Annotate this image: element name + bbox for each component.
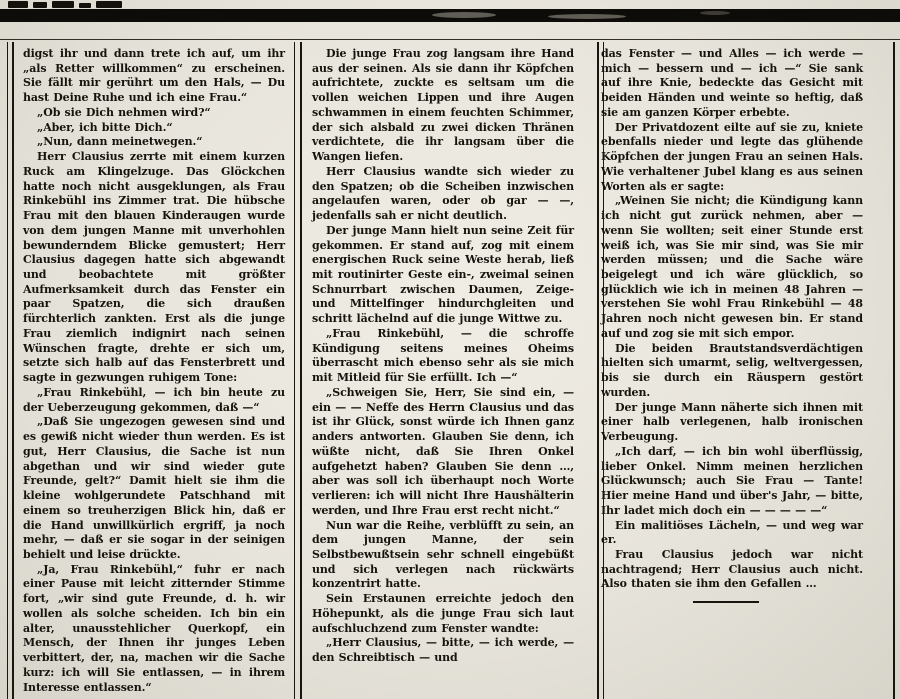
text-column-3: das Fenster — und Alles — ich werde — mi…: [596, 45, 868, 697]
frame-top-rule: [0, 39, 900, 40]
paragraph: Nun war die Reihe, verblüfft zu sein, an…: [312, 519, 574, 593]
column-gap: [579, 45, 596, 697]
paragraph: Herr Clausius wandte sich wieder zu den …: [312, 165, 574, 224]
page-right-rule: [893, 42, 895, 699]
paragraph: Der Privatdozent eilte auf sie zu, kniet…: [601, 121, 863, 195]
paragraph: digst ihr und dann trete ich auf, um ihr…: [23, 47, 285, 106]
paragraph: Der junge Mann näherte sich ihnen mit ei…: [601, 401, 863, 445]
paragraph: „Frau Rinkebühl, — die schroffe Kündigun…: [312, 327, 574, 386]
text-column-2: Die junge Frau zog langsam ihre Hand aus…: [307, 45, 579, 697]
paragraph: „Aber, ich bitte Dich.“: [23, 121, 285, 136]
paragraph: Die beiden Brautstandsverdächtigen hielt…: [601, 342, 863, 401]
ink-smudge: [700, 11, 730, 15]
section-end-rule: [693, 601, 759, 603]
page-left-rule-outer: [7, 42, 8, 699]
paragraph: „Daß Sie ungezogen gewesen sind und es g…: [23, 415, 285, 562]
clipped-glyph: [79, 3, 91, 8]
paragraph: „Nun, dann meinetwegen.“: [23, 135, 285, 150]
newspaper-page: digst ihr und dann trete ich auf, um ihr…: [0, 0, 900, 699]
ink-smudge: [432, 12, 496, 18]
paragraph: „Weinen Sie nicht; die Kündigung kann ic…: [601, 194, 863, 341]
article-body: digst ihr und dann trete ich auf, um ihr…: [18, 45, 884, 697]
clipped-glyph: [52, 1, 74, 8]
ink-smudge: [548, 14, 626, 19]
paragraph: „Ich darf, — ich bin wohl überflüssig, l…: [601, 445, 863, 519]
paragraph: „Ja, Frau Rinkebühl,“ fuhr er nach einer…: [23, 563, 285, 696]
paragraph: Herr Clausius zerrte mit einem kurzen Ru…: [23, 150, 285, 386]
paragraph: Sein Erstaunen erreichte jedoch den Höhe…: [312, 592, 574, 636]
clipped-glyph: [96, 1, 122, 8]
clipped-glyph: [33, 2, 47, 8]
masthead-rule: [0, 9, 900, 22]
paragraph: „Frau Rinkebühl, — ich bin heute zu der …: [23, 386, 285, 415]
paragraph: das Fenster — und Alles — ich werde — mi…: [601, 47, 863, 121]
paragraph: Ein malitiöses Lächeln, — und weg war er…: [601, 519, 863, 548]
paragraph: „Herr Clausius, — bitte, — ich werde, — …: [312, 636, 574, 665]
text-column-1: digst ihr und dann trete ich auf, um ihr…: [18, 45, 290, 697]
paragraph: „Schweigen Sie, Herr, Sie sind ein, — ei…: [312, 386, 574, 519]
page-left-rule-inner: [12, 42, 14, 699]
paragraph: Der junge Mann hielt nun seine Zeit für …: [312, 224, 574, 327]
paragraph: Frau Clausius jedoch war nicht nachtrage…: [601, 548, 863, 592]
paragraph: „Ob sie Dich nehmen wird?“: [23, 106, 285, 121]
column-gap: [290, 45, 307, 697]
masthead-fragment: [8, 0, 158, 8]
paragraph: Die junge Frau zog langsam ihre Hand aus…: [312, 47, 574, 165]
clipped-glyph: [8, 1, 28, 8]
